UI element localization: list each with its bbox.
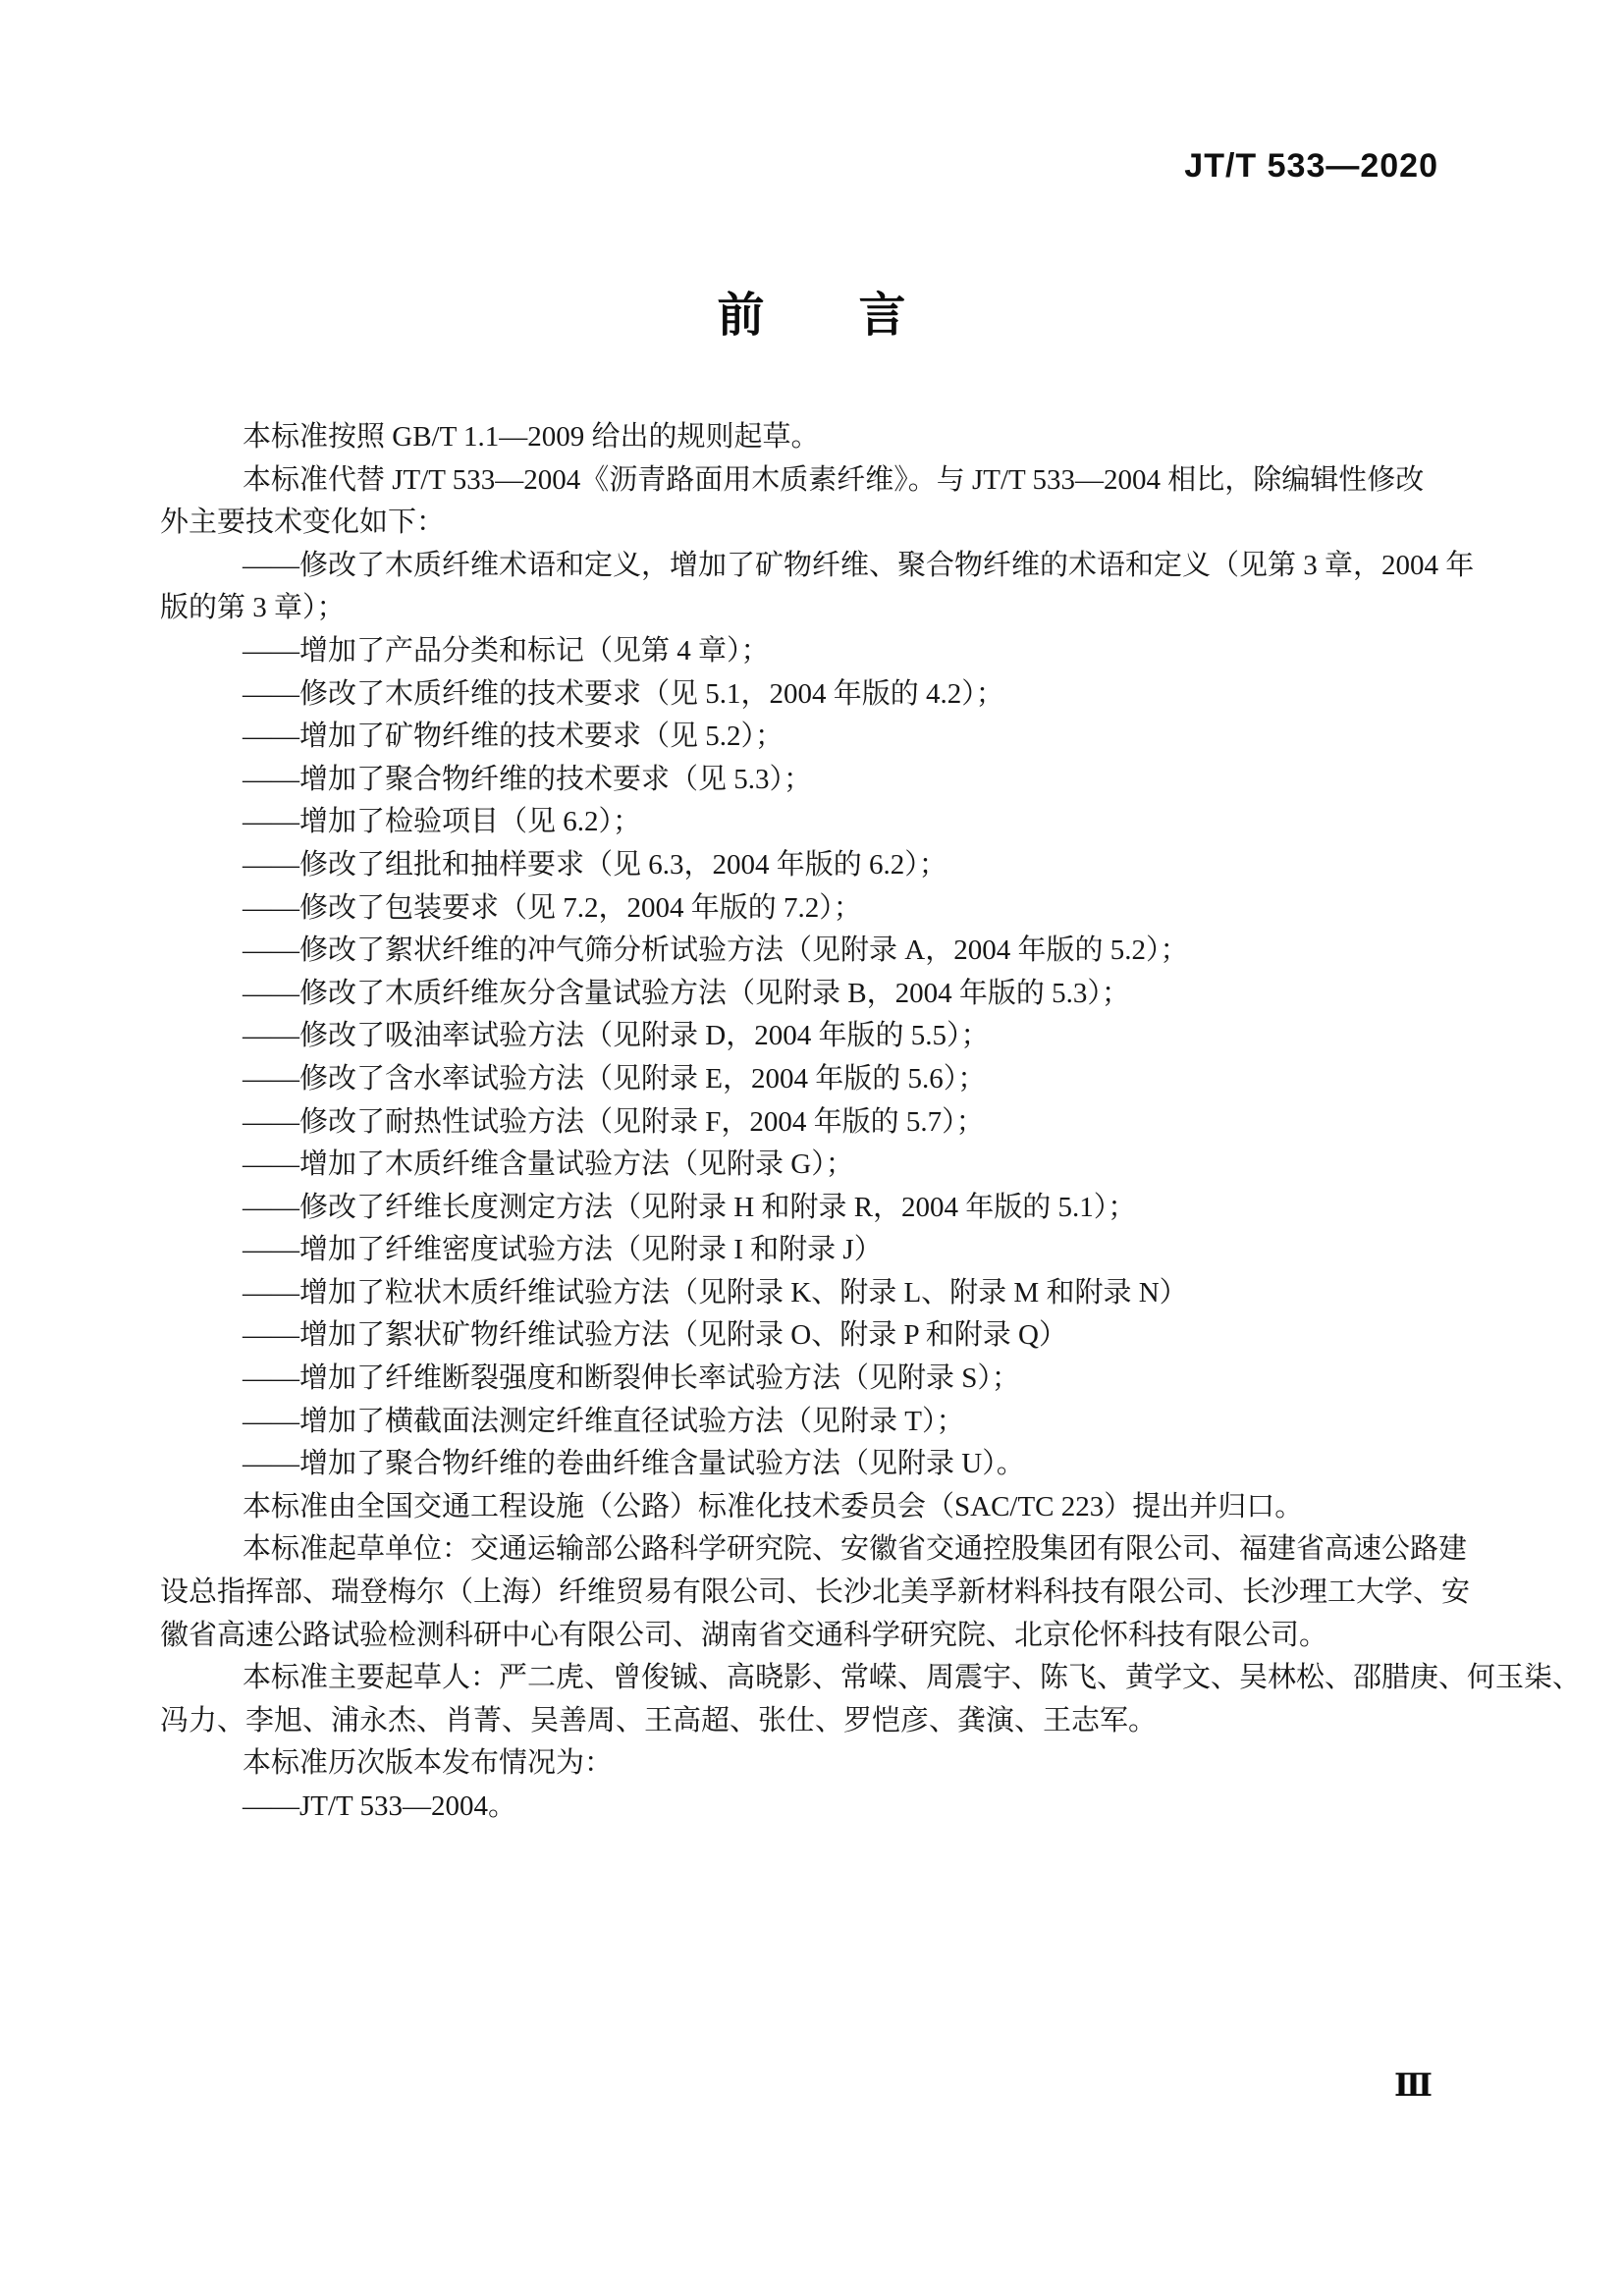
foreword-line: ——增加了粒状木质纤维试验方法（见附录 K、附录 L、附录 M 和附录 N） — [160, 1272, 1486, 1315]
foreword-line: ——增加了检验项目（见 6.2）； — [160, 801, 1486, 844]
foreword-line: 冯力、李旭、浦永杰、肖菁、吴善周、王高超、张仕、罗恺彦、龚演、王志军。 — [160, 1700, 1486, 1743]
foreword-line: ——增加了絮状矿物纤维试验方法（见附录 O、附录 P 和附录 Q） — [160, 1314, 1486, 1358]
foreword-line: ——增加了聚合物纤维的技术要求（见 5.3）； — [160, 759, 1486, 802]
foreword-line: ——修改了纤维长度测定方法（见附录 H 和附录 R，2004 年版的 5.1）； — [160, 1187, 1486, 1230]
foreword-line: ——增加了纤维断裂强度和断裂伸长率试验方法（见附录 S）； — [160, 1358, 1486, 1401]
foreword-line: ——修改了絮状纤维的冲气筛分析试验方法（见附录 A，2004 年版的 5.2）； — [160, 930, 1486, 973]
foreword-line: 设总指挥部、瑞登梅尔（上海）纤维贸易有限公司、长沙北美孚新材料科技有限公司、长沙… — [160, 1572, 1486, 1615]
foreword-line: 本标准由全国交通工程设施（公路）标准化技术委员会（SAC/TC 223）提出并归… — [160, 1486, 1486, 1529]
foreword-line: ——JT/T 533—2004。 — [160, 1786, 1486, 1829]
foreword-line: ——增加了横截面法测定纤维直径试验方法（见附录 T）； — [160, 1401, 1486, 1444]
foreword-line: ——增加了聚合物纤维的卷曲纤维含量试验方法（见附录 U）。 — [160, 1443, 1486, 1486]
foreword-line: ——修改了含水率试验方法（见附录 E，2004 年版的 5.6）； — [160, 1058, 1486, 1101]
foreword-line: 本标准起草单位：交通运输部公路科学研究院、安徽省交通控股集团有限公司、福建省高速… — [160, 1528, 1486, 1572]
foreword-line: 徽省高速公路试验检测科研中心有限公司、湖南省交通科学研究院、北京伦怀科技有限公司… — [160, 1615, 1486, 1658]
page-title: 前 言 — [0, 277, 1623, 345]
foreword-line: 外主要技术变化如下： — [160, 502, 1486, 545]
foreword-line: ——修改了木质纤维术语和定义，增加了矿物纤维、聚合物纤维的术语和定义（见第 3 … — [160, 545, 1486, 588]
foreword-body: 本标准按照 GB/T 1.1—2009 给出的规则起草。本标准代替 JT/T 5… — [160, 416, 1486, 1829]
foreword-line: 版的第 3 章）； — [160, 587, 1486, 630]
foreword-line: ——增加了木质纤维含量试验方法（见附录 G）； — [160, 1144, 1486, 1187]
foreword-line: ——修改了吸油率试验方法（见附录 D，2004 年版的 5.5）； — [160, 1015, 1486, 1058]
foreword-line: ——修改了木质纤维灰分含量试验方法（见附录 B，2004 年版的 5.3）； — [160, 973, 1486, 1016]
foreword-line: 本标准主要起草人：严二虎、曾俊铖、高晓影、常嵘、周震宇、陈飞、黄学文、吴林松、邵… — [160, 1657, 1486, 1700]
foreword-line: 本标准代替 JT/T 533—2004《沥青路面用木质素纤维》。与 JT/T 5… — [160, 459, 1486, 503]
foreword-line: ——修改了包装要求（见 7.2，2004 年版的 7.2）； — [160, 887, 1486, 931]
foreword-line: 本标准历次版本发布情况为： — [160, 1742, 1486, 1786]
standard-code: JT/T 533—2020 — [1184, 147, 1438, 186]
page-number: Ⅲ — [1394, 2066, 1433, 2104]
foreword-line: ——修改了组批和抽样要求（见 6.3，2004 年版的 6.2）； — [160, 844, 1486, 887]
document-page: JT/T 533—2020 前 言 本标准按照 GB/T 1.1—2009 给出… — [0, 0, 1623, 2296]
foreword-line: ——修改了耐热性试验方法（见附录 F，2004 年版的 5.7）； — [160, 1101, 1486, 1145]
foreword-line: ——修改了木质纤维的技术要求（见 5.1，2004 年版的 4.2）； — [160, 673, 1486, 717]
foreword-line: ——增加了产品分类和标记（见第 4 章）； — [160, 630, 1486, 673]
foreword-line: ——增加了纤维密度试验方法（见附录 I 和附录 J） — [160, 1229, 1486, 1272]
foreword-line: 本标准按照 GB/T 1.1—2009 给出的规则起草。 — [160, 416, 1486, 459]
foreword-line: ——增加了矿物纤维的技术要求（见 5.2）； — [160, 716, 1486, 759]
